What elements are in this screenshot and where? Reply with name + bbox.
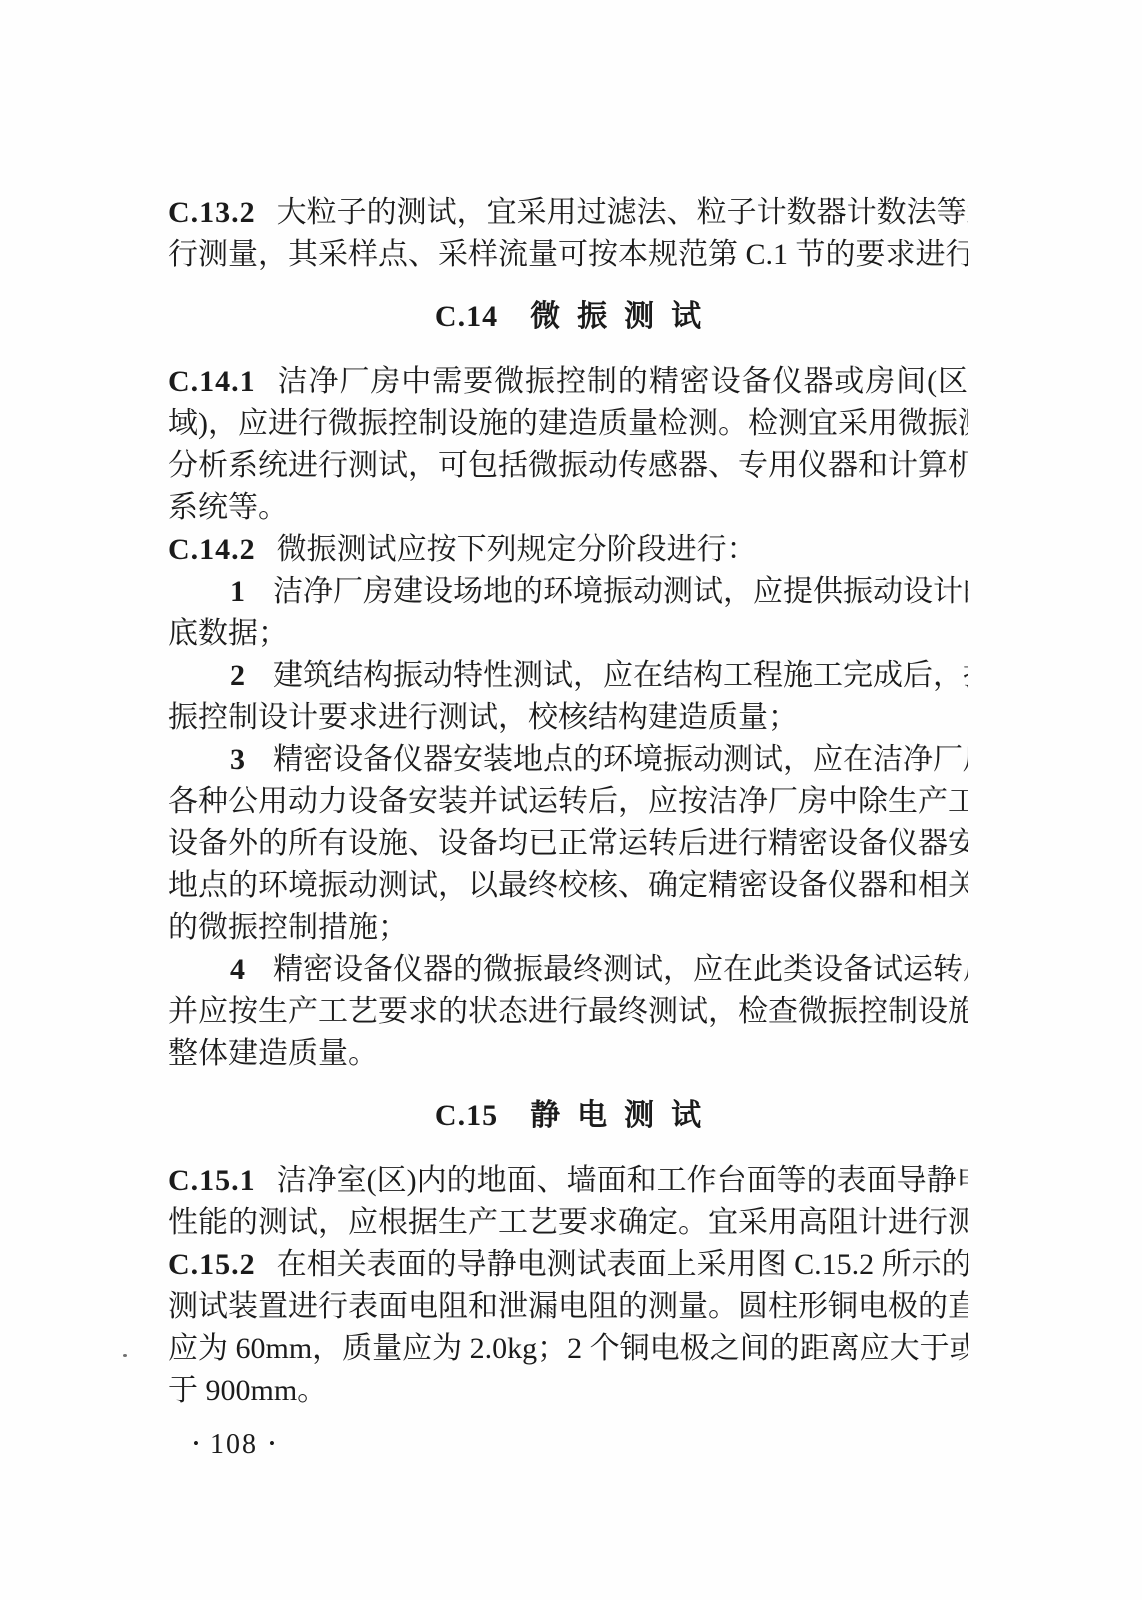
page-number: 108: [210, 1429, 258, 1460]
text-line: 行测量，其采样点、采样流量可按本规范第 C.1 节的要求进行。: [168, 234, 968, 276]
line-text: 洁净室(区)内的地面、墙面和工作台面等的表面导静电: [277, 1164, 968, 1197]
item-number: 3: [230, 743, 245, 776]
text-line: 底数据；: [168, 613, 968, 655]
numbered-item: 1洁净厂房建设场地的环境振动测试，应提供振动设计的本底数据；: [168, 571, 968, 655]
text-line: 应为 60mm，质量应为 2.0kg；2 个铜电极之间的距离应大于或等: [168, 1328, 968, 1370]
text-line: 地点的环境振动测试，以最终校核、确定精密设备仪器和相关设施: [168, 865, 968, 907]
text-line: C.14.1洁净厂房中需要微振控制的精密设备仪器或房间(区: [168, 361, 968, 403]
clause-number: C.14.1: [168, 365, 256, 398]
text-line: 4精密设备仪器的微振最终测试，应在此类设备试运转后，: [168, 949, 968, 991]
item-number: 4: [230, 953, 245, 986]
text-line: C.13.2大粒子的测试，宜采用过滤法、粒子计数器计数法等进: [168, 192, 968, 234]
section-number: C.15: [435, 1099, 498, 1132]
line-text: 精密设备仪器安装地点的环境振动测试，应在洁净厂房中: [273, 743, 968, 776]
document-page: C.13.2大粒子的测试，宜采用过滤法、粒子计数器计数法等进行测量，其采样点、采…: [0, 0, 1142, 1600]
text-line: 2建筑结构振动特性测试，应在结构工程施工完成后，按微: [168, 655, 968, 697]
clause-number: C.13.2: [168, 196, 256, 229]
text-line: 性能的测试，应根据生产工艺要求确定。宜采用高阻计进行测试。: [168, 1202, 968, 1244]
line-text: 洁净厂房建设场地的环境振动测试，应提供振动设计的本: [273, 575, 968, 608]
clause-number: C.15.1: [168, 1164, 256, 1197]
text-line: C.15.2在相关表面的导静电测试表面上采用图 C.15.2 所示的: [168, 1244, 968, 1286]
line-text: 建筑结构振动特性测试，应在结构工程施工完成后，按微: [273, 659, 968, 692]
page-footer: •108•: [193, 1426, 968, 1462]
clause-paragraph: C.13.2大粒子的测试，宜采用过滤法、粒子计数器计数法等进行测量，其采样点、采…: [168, 192, 968, 276]
text-line: 系统等。: [168, 487, 968, 529]
clause-number: C.14.2: [168, 533, 256, 566]
line-text: 在相关表面的导静电测试表面上采用图 C.15.2 所示的: [277, 1248, 968, 1281]
clause-paragraph: C.15.2在相关表面的导静电测试表面上采用图 C.15.2 所示的测试装置进行…: [168, 1244, 968, 1412]
numbered-item: 2建筑结构振动特性测试，应在结构工程施工完成后，按微振控制设计要求进行测试，校核…: [168, 655, 968, 739]
line-text: 微振测试应按下列规定分阶段进行：: [277, 533, 757, 566]
text-line: 的微振控制措施；: [168, 907, 968, 949]
text-line: C.15.1洁净室(区)内的地面、墙面和工作台面等的表面导静电: [168, 1160, 968, 1202]
item-number: 1: [230, 575, 245, 608]
ink-speck-mark: [123, 1354, 127, 1357]
line-text: 洁净厂房中需要微振控制的精密设备仪器或房间(区: [277, 365, 968, 398]
footer-left-dot: •: [193, 1434, 199, 1453]
section-title: 微振测试: [530, 300, 718, 333]
text-line: 并应按生产工艺要求的状态进行最终测试，检查微振控制设施的: [168, 991, 968, 1033]
text-line: 于 900mm。: [168, 1370, 968, 1412]
line-text: 精密设备仪器的微振最终测试，应在此类设备试运转后，: [273, 953, 968, 986]
section-number: C.14: [435, 300, 498, 333]
line-text: 大粒子的测试，宜采用过滤法、粒子计数器计数法等进: [277, 196, 968, 229]
text-line: 域)，应进行微振控制设施的建造质量检测。检测宜采用微振测试: [168, 403, 968, 445]
text-line: 1洁净厂房建设场地的环境振动测试，应提供振动设计的本: [168, 571, 968, 613]
text-line: 3精密设备仪器安装地点的环境振动测试，应在洁净厂房中: [168, 739, 968, 781]
numbered-item: 3精密设备仪器安装地点的环境振动测试，应在洁净厂房中各种公用动力设备安装并试运转…: [168, 739, 968, 949]
section-heading: C.15静电测试: [168, 1095, 968, 1137]
text-line: 振控制设计要求进行测试，校核结构建造质量；: [168, 697, 968, 739]
section-heading: C.14微振测试: [168, 296, 968, 338]
clause-paragraph: C.14.1洁净厂房中需要微振控制的精密设备仪器或房间(区域)，应进行微振控制设…: [168, 361, 968, 529]
footer-right-dot: •: [269, 1434, 275, 1453]
clause-paragraph: C.15.1洁净室(区)内的地面、墙面和工作台面等的表面导静电性能的测试，应根据…: [168, 1160, 968, 1244]
clause-number: C.15.2: [168, 1248, 256, 1281]
numbered-item: 4精密设备仪器的微振最终测试，应在此类设备试运转后，并应按生产工艺要求的状态进行…: [168, 949, 968, 1075]
text-line: 整体建造质量。: [168, 1033, 968, 1075]
text-line: 分析系统进行测试，可包括微振动传感器、专用仪器和计算机分析: [168, 445, 968, 487]
item-number: 2: [230, 659, 245, 692]
clause-paragraph: C.14.2微振测试应按下列规定分阶段进行：: [168, 529, 968, 571]
text-line: 设备外的所有设施、设备均已正常运转后进行精密设备仪器安装: [168, 823, 968, 865]
document-content: C.13.2大粒子的测试，宜采用过滤法、粒子计数器计数法等进行测量，其采样点、采…: [168, 0, 968, 1462]
text-line: 测试装置进行表面电阻和泄漏电阻的测量。圆柱形铜电极的直径: [168, 1286, 968, 1328]
text-line: 各种公用动力设备安装并试运转后，应按洁净厂房中除生产工艺: [168, 781, 968, 823]
text-line: C.14.2微振测试应按下列规定分阶段进行：: [168, 529, 968, 571]
section-title: 静电测试: [530, 1099, 718, 1132]
